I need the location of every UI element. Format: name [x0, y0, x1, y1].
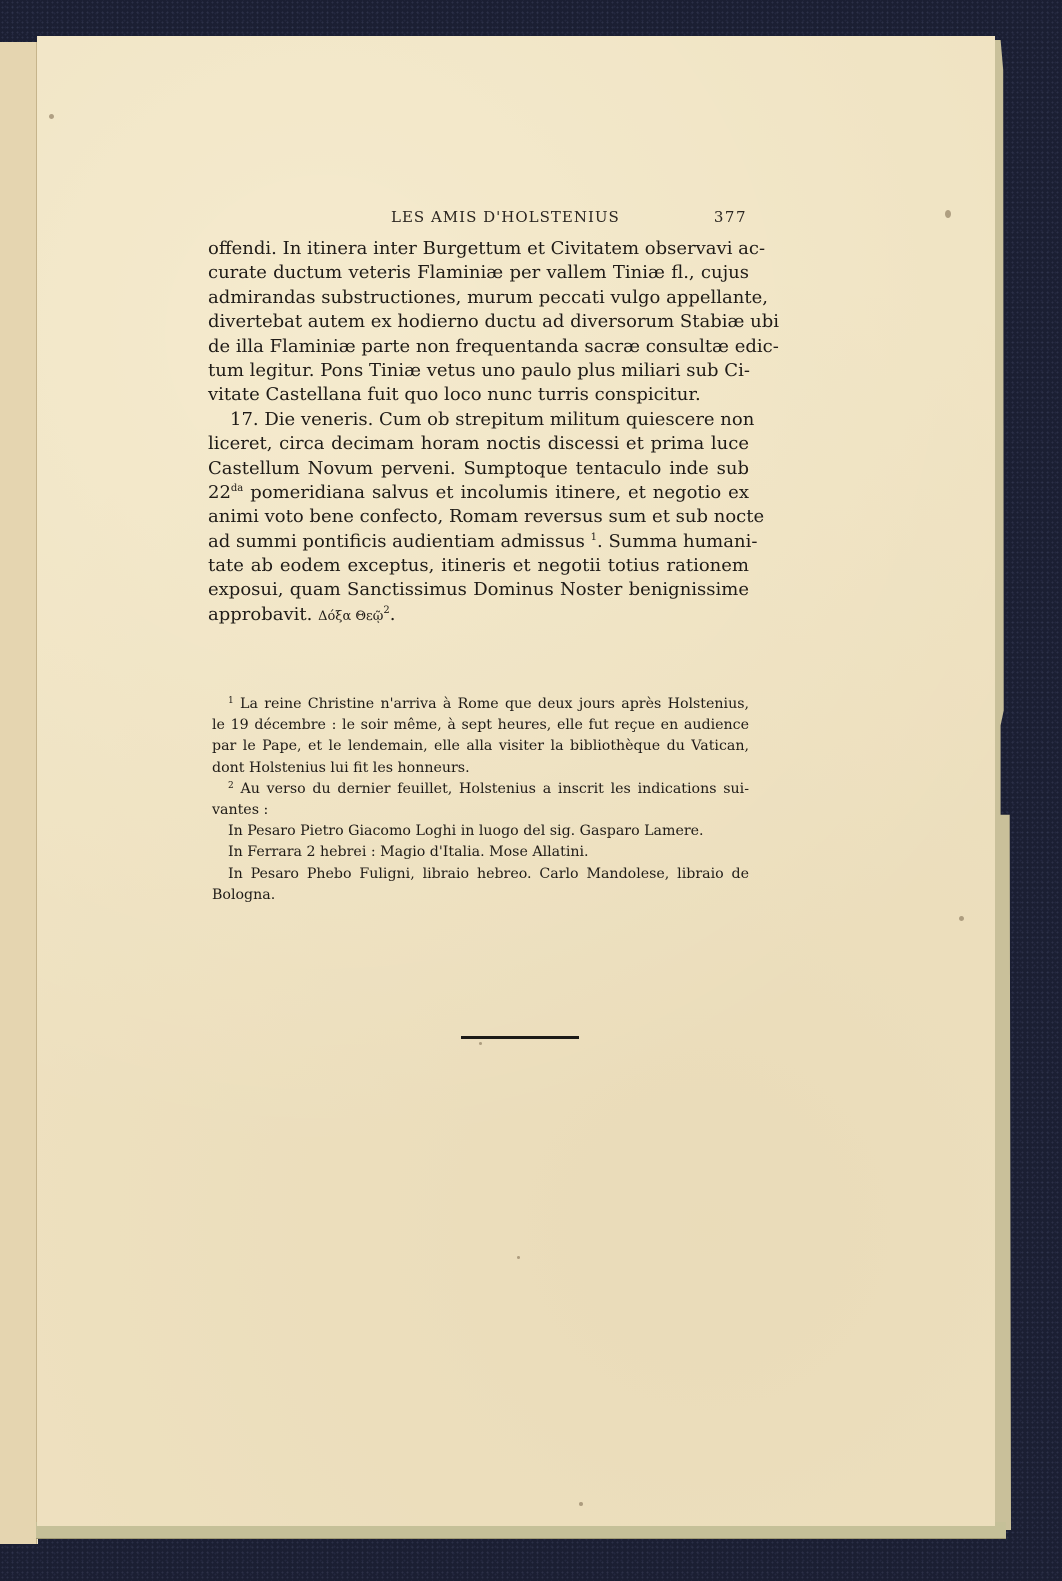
running-head-title: LES AMIS D'HOLSTENIUS [391, 208, 620, 226]
running-head: LES AMIS D'HOLSTENIUS 377 [209, 208, 747, 230]
ordinal-number: 22 [208, 482, 231, 503]
text-segment: pomeridiana salvus et incolumis itinere,… [250, 482, 749, 503]
text-line-with-note: ad summi pontificis audientiam admissus … [208, 530, 749, 554]
text-segment: Au verso du dernier feuillet, Holstenius… [241, 781, 750, 797]
footnote-line: In Pesaro Pietro Giacomo Loghi in luogo … [212, 821, 749, 842]
footnotes: 1 La reine Christine n'arriva à Rome que… [212, 694, 749, 906]
text-line: curate ductum veteris Flaminiæ per valle… [208, 261, 749, 285]
main-text: offendi. In itinera inter Burgettum et C… [208, 237, 749, 627]
text-line: offendi. In itinera inter Burgettum et C… [208, 237, 749, 261]
adjacent-page-edge [0, 42, 37, 1544]
ordinal-suffix: da [231, 483, 243, 494]
greek-phrase: Δόξα Θεῷ [318, 609, 383, 624]
page-number: 377 [714, 208, 747, 226]
paragraph-start-line: 17. Die veneris. Cum ob strepitum militu… [208, 408, 749, 432]
text-line: de illa Flaminiæ parte non frequentanda … [208, 335, 749, 359]
text-line-greek: approbavit. Δόξα Θεῷ2. [208, 603, 749, 627]
paper-speck [479, 1042, 482, 1045]
footnote-line: dont Holstenius lui fit les honneurs. [212, 758, 749, 779]
text-segment: . Summa humani- [597, 531, 757, 552]
footnote-line: le 19 décembre : le soir même, à sept he… [212, 715, 749, 736]
paper-speck [959, 916, 964, 921]
footnote-line: Bologna. [212, 885, 749, 906]
footnote-line: vantes : [212, 800, 749, 821]
paper-speck [49, 114, 54, 119]
text-line-ordinal: 22da pomeridiana salvus et incolumis iti… [208, 481, 749, 505]
text-line: tum legitur. Pons Tiniæ vetus uno paulo … [208, 359, 749, 383]
page: LES AMIS D'HOLSTENIUS 377 offendi. In it… [37, 36, 995, 1526]
paper-speck [579, 1502, 583, 1506]
text-segment: La reine Christine n'arriva à Rome que d… [240, 696, 749, 712]
paper-speck [517, 1256, 520, 1259]
paper-speck [945, 210, 951, 218]
text-line: vitate Castellana fuit quo loco nunc tur… [208, 383, 749, 407]
text-segment: ad summi pontificis audientiam admissus [208, 531, 585, 552]
footnote-line: In Pesaro Phebo Fuligni, libraio hebreo.… [212, 864, 749, 885]
footnote-marker-1: 1 [228, 696, 234, 706]
text-segment: approbavit. [208, 604, 318, 625]
footnote-marker-2: 2 [228, 781, 234, 791]
text-line: liceret, circa decimam horam noctis disc… [208, 432, 749, 456]
text-line: divertebat autem ex hodierno ductu ad di… [208, 310, 749, 334]
text-line: exposui, quam Sanctissimus Dominus Noste… [208, 578, 749, 602]
text-segment: . [390, 604, 396, 625]
footnote-line: par le Pape, et le lendemain, elle alla … [212, 736, 749, 757]
text-line: animi voto bene confecto, Romam reversus… [208, 505, 749, 529]
scanned-book-page: LES AMIS D'HOLSTENIUS 377 offendi. In it… [0, 0, 1062, 1581]
text-line: Castellum Novum perveni. Sumptoque tenta… [208, 457, 749, 481]
footnote-2-line: 2 Au verso du dernier feuillet, Holsteni… [212, 779, 749, 800]
text-line: admirandas substructiones, murum peccati… [208, 286, 749, 310]
end-rule [461, 1036, 579, 1039]
footnote-1-line: 1 La reine Christine n'arriva à Rome que… [212, 694, 749, 715]
text-line: tate ab eodem exceptus, itineris et nego… [208, 554, 749, 578]
footnote-line: In Ferrara 2 hebrei : Magio d'Italia. Mo… [212, 842, 749, 863]
